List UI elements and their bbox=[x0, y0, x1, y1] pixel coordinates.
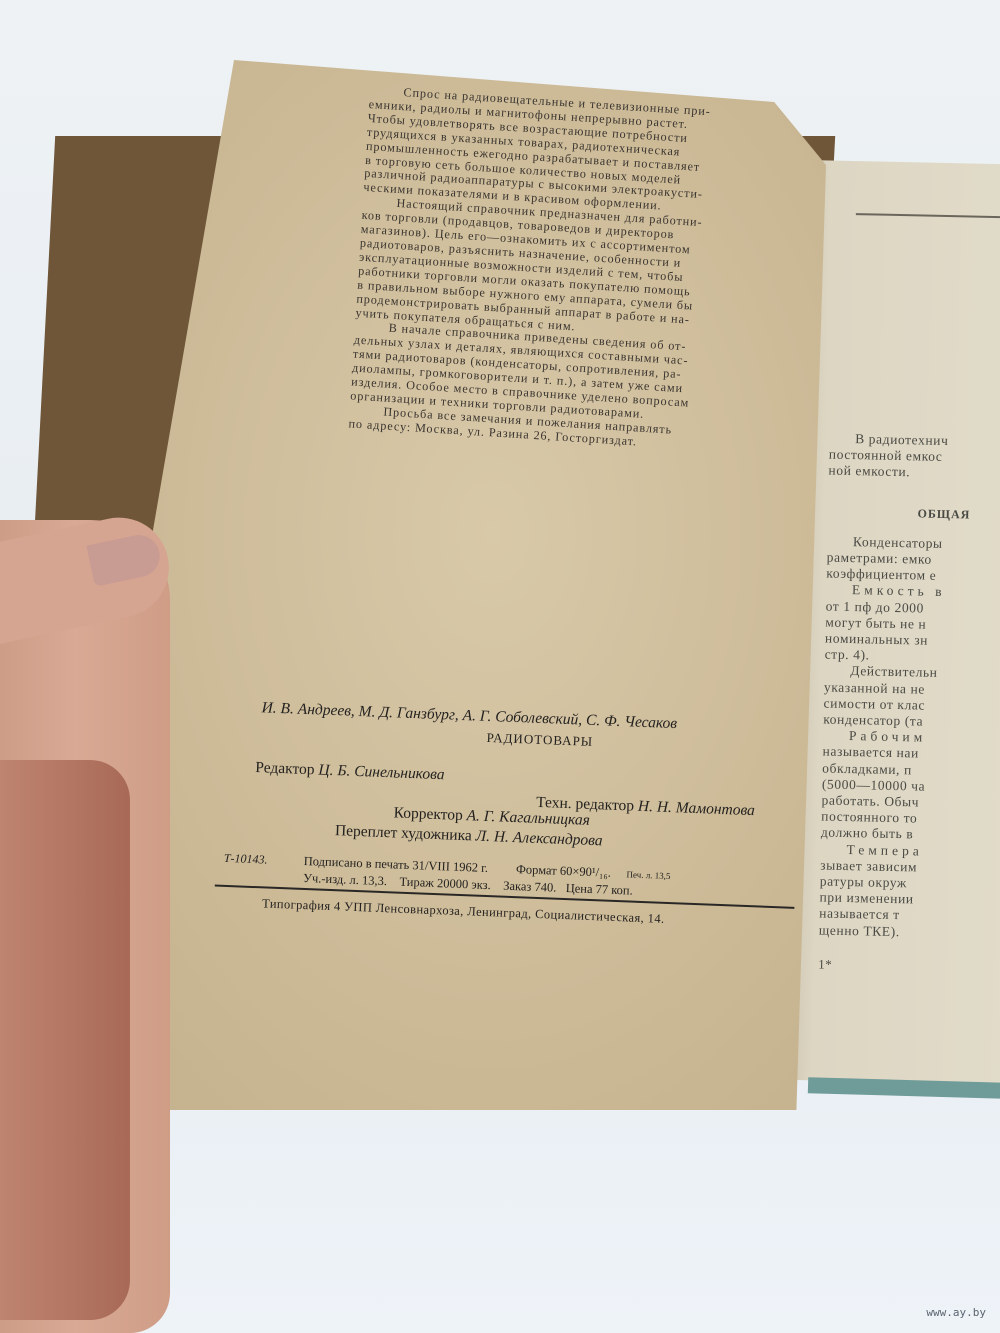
preface-text: Спрос на радиовещательные и телевизионны… bbox=[348, 84, 779, 457]
print-sheets: Печ. л. 13,5 bbox=[626, 869, 670, 881]
text-line: щенно ТКЕ). bbox=[819, 922, 1000, 943]
price: Цена 77 коп. bbox=[565, 881, 633, 898]
editor-label: Редактор bbox=[255, 759, 315, 778]
corrector-label: Корректор bbox=[393, 804, 463, 824]
section-heading: ОБЩАЯ bbox=[827, 503, 1000, 524]
binding-label: Переплет художника bbox=[335, 822, 472, 844]
text-line: ной емкости. bbox=[828, 463, 1000, 484]
print-run: Тираж 20000 экз. bbox=[399, 875, 491, 892]
order-number: Заказ 740. bbox=[503, 879, 557, 895]
watermark: www.ay.by bbox=[926, 1306, 986, 1319]
binding-name: Л. Н. Александрова bbox=[475, 828, 603, 850]
colophon: И. В. Андреев, М. Д. Ганзбург, А. Г. Соб… bbox=[222, 698, 830, 933]
edition-sheets: Уч.-изд. л. 13,3. bbox=[303, 871, 387, 888]
fingers bbox=[0, 760, 130, 1320]
right-page-text: В радиотехнич постоянной емкос ной емкос… bbox=[818, 431, 1000, 978]
format: Формат 60×90¹/₁₆. bbox=[516, 862, 611, 880]
editor-name: Ц. Б. Синельникова bbox=[318, 761, 445, 783]
tech-editor-name: Н. Н. Мамонтова bbox=[638, 798, 756, 819]
page-signature-mark: 1* bbox=[818, 956, 1000, 977]
header-rule bbox=[856, 213, 1000, 219]
corrector-name: А. Г. Кагальницкая bbox=[466, 807, 590, 829]
photo-scene: В радиотехнич постоянной емкос ной емкос… bbox=[0, 0, 1000, 1333]
